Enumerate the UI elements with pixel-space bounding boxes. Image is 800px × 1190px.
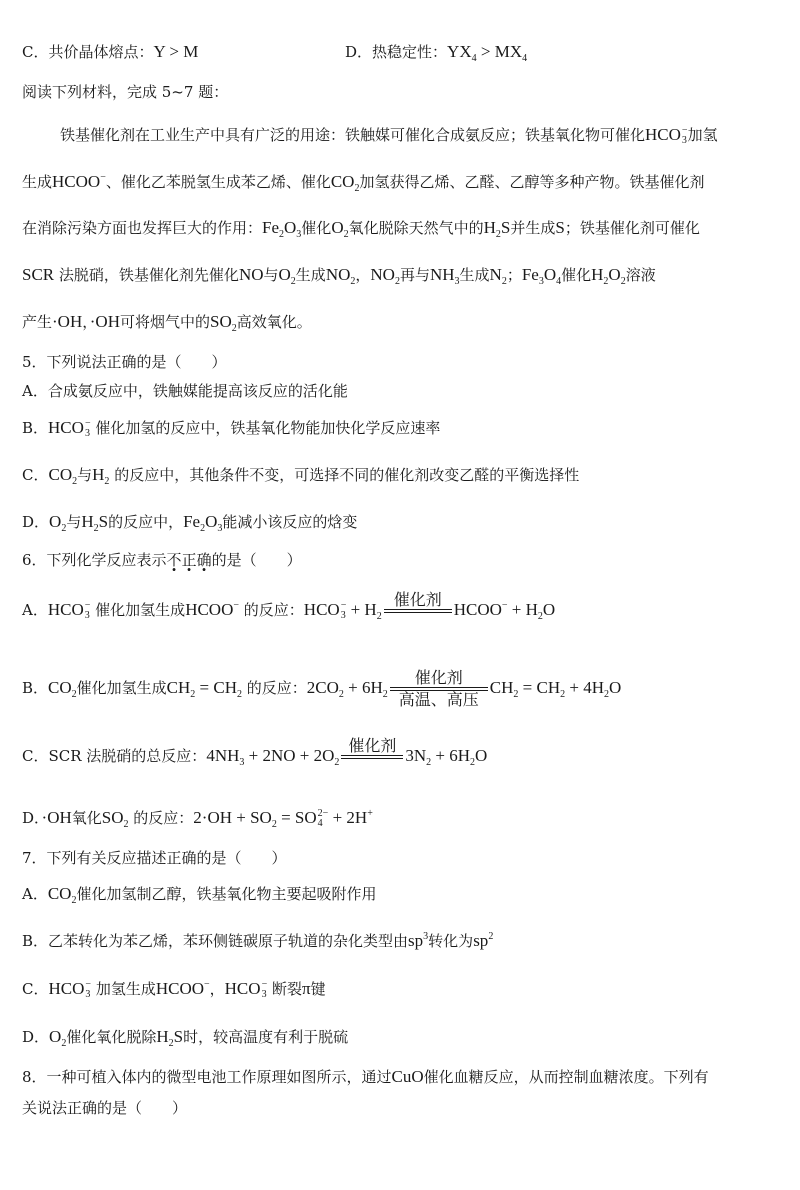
- q8-stem-line-1: 8．一种可植入体内的微型电池工作原理如图所示，通过CuO催化血糖反应，从而控制血…: [22, 1067, 709, 1087]
- q5-option-d: D．O2与H2S的反应中，Fe2O3能减小该反应的焓变: [22, 512, 357, 532]
- formula: YX4 > MX4: [447, 42, 527, 61]
- q7-option-b: B．乙苯转化为苯乙烯，苯环侧链碳原子轨道的杂化类型由sp3转化为sp2: [22, 931, 493, 951]
- formula: Y > M: [154, 42, 199, 61]
- q6-option-c: C．SCR 法脱硝的总反应：4NH3 + 2NO + 2O2催化剂3N2 + 6…: [22, 736, 487, 777]
- q6-option-a: A．HCO−3 催化加氢生成HCOO− 的反应：HCO−3 + H2催化剂HCO…: [22, 590, 555, 631]
- option-text: 热稳定性：: [372, 43, 447, 61]
- q5-option-b: B．HCO−3 催化加氢的反应中，铁基氧化物能加快化学反应速率: [22, 418, 440, 439]
- q6-option-d: D．·OH氧化SO2 的反应：2·OH + SO2 = SO2−4 + 2H+: [22, 808, 373, 829]
- catalyst-equals: 催化剂高温、高压: [390, 669, 488, 709]
- emphasis-char: 不: [167, 551, 182, 569]
- q7-option-a: A．CO2催化加氢制乙醇，铁基氧化物主要起吸附作用: [22, 884, 376, 904]
- passage-line-1: 铁基催化剂在工业生产中具有广泛的用途：铁触媒可催化合成氨反应；铁基氧化物可催化H…: [60, 125, 718, 146]
- passage-line-3: 在消除污染方面也发挥巨大的作用：Fe2O3催化O2氧化脱除天然气中的H2S并生成…: [22, 218, 700, 238]
- prev-option-d: D．热稳定性：YX4 > MX4: [345, 42, 527, 62]
- q7-option-d: D．O2催化氧化脱除H2S时，较高温度有利于脱硫: [22, 1027, 348, 1047]
- catalyst-equals: 催化剂: [384, 591, 452, 631]
- option-label: C．: [22, 43, 48, 61]
- q8-stem-line-2: 关说法正确的是（ ）: [22, 1098, 187, 1118]
- reading-intro: 阅读下列材料，完成 5~7 题：: [22, 82, 228, 102]
- q6-stem: 6．下列化学反应表示不正确的是（ ）: [22, 550, 302, 570]
- prev-option-c: C．共价晶体熔点：Y > M: [22, 42, 198, 62]
- q6-option-b: B．CO2催化加氢生成CH2 = CH2 的反应：2CO2 + 6H2催化剂高温…: [22, 660, 621, 716]
- passage-line-4: SCR 法脱硝，铁基催化剂先催化NO与O2生成NO2，NO2再与NH3生成N2；…: [22, 265, 656, 285]
- q5-stem: 5．下列说法正确的是（ ）: [22, 352, 227, 372]
- q5-option-c: C．CO2与H2 的反应中，其他条件不变，可选择不同的催化剂改变乙醛的平衡选择性: [22, 465, 579, 485]
- q7-option-c: C．HCO−3 加氢生成HCOO−，HCO−3 断裂π键: [22, 979, 326, 1000]
- q7-stem: 7．下列有关反应描述正确的是（ ）: [22, 848, 287, 868]
- passage-line-5: 产生·OH，·OH可将烟气中的SO2高效氧化。: [22, 312, 312, 332]
- option-text: 共价晶体熔点：: [48, 43, 153, 61]
- option-label: D．: [345, 43, 372, 61]
- emphasis-char: 确: [197, 551, 212, 569]
- passage-line-2: 生成HCOO−、催化乙苯脱氢生成苯乙烯、催化CO2加氢获得乙烯、乙醛、乙醇等多种…: [22, 172, 704, 192]
- emphasis-char: 正: [182, 551, 197, 569]
- q5-option-a: A．合成氨反应中，铁触媒能提高该反应的活化能: [22, 381, 348, 401]
- catalyst-equals: 催化剂: [341, 737, 403, 777]
